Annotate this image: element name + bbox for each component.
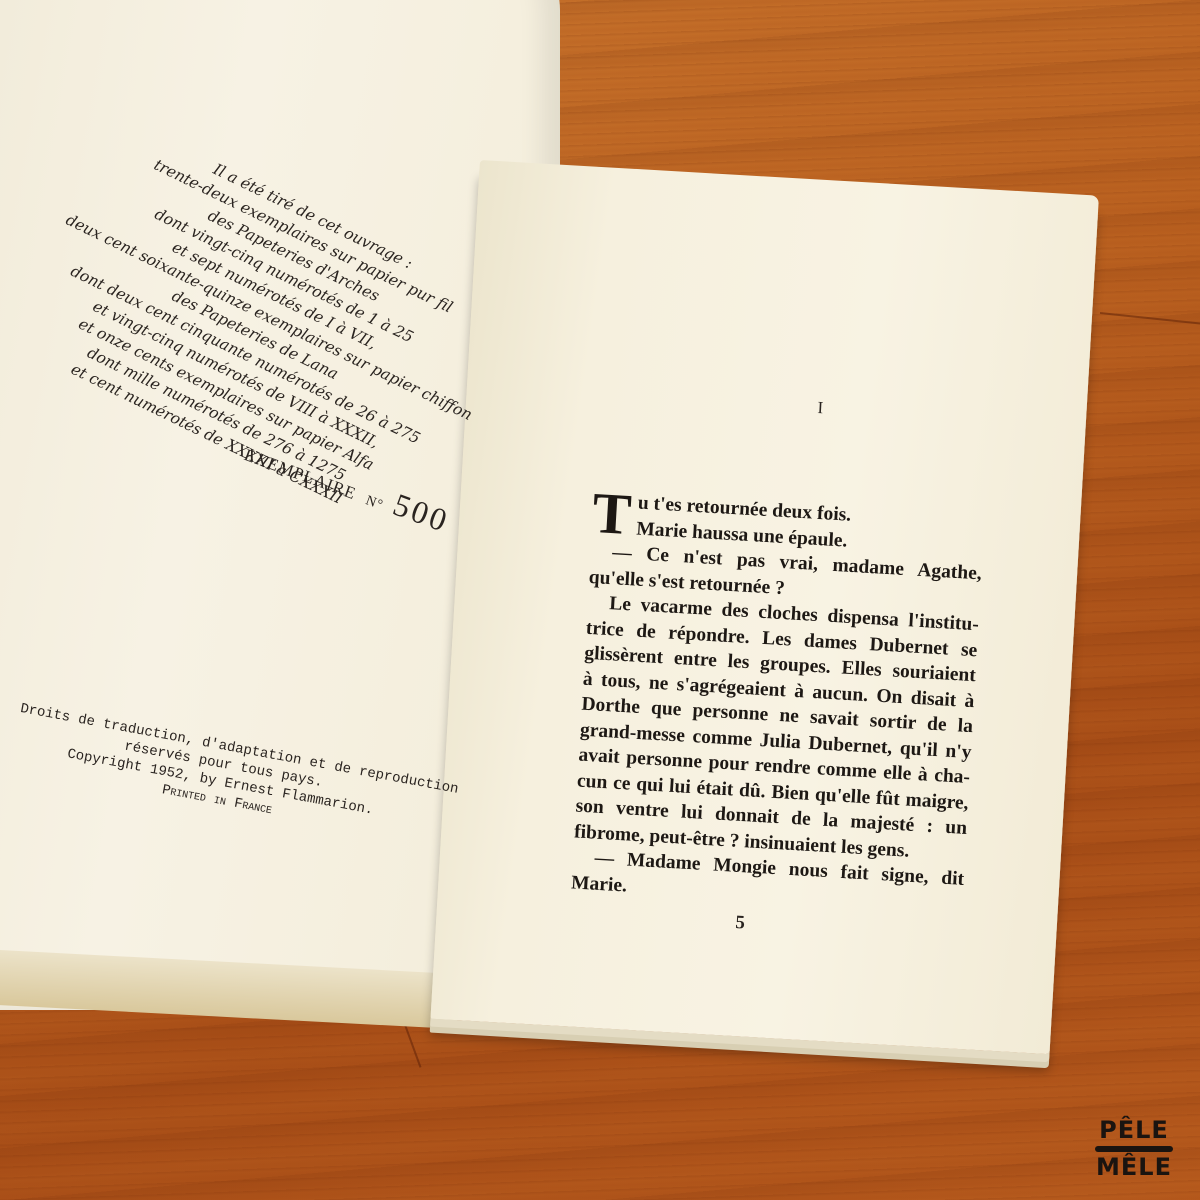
chapter-body-text: T u t'es retournée deux fois. Marie haus… xyxy=(571,488,986,918)
page-number: 5 xyxy=(735,912,746,934)
drop-cap: T xyxy=(591,490,632,538)
number-sign: N° xyxy=(364,493,386,513)
logo-line-2: MÊLE xyxy=(1096,1153,1172,1181)
chapter-number: I xyxy=(817,398,824,418)
logo-line-1: PÊLE xyxy=(1099,1116,1169,1144)
wood-plank-seam xyxy=(1100,312,1200,325)
pele-mele-watermark-logo: PÊLE MÊLE xyxy=(1093,1118,1175,1179)
logo-divider xyxy=(1095,1146,1173,1152)
